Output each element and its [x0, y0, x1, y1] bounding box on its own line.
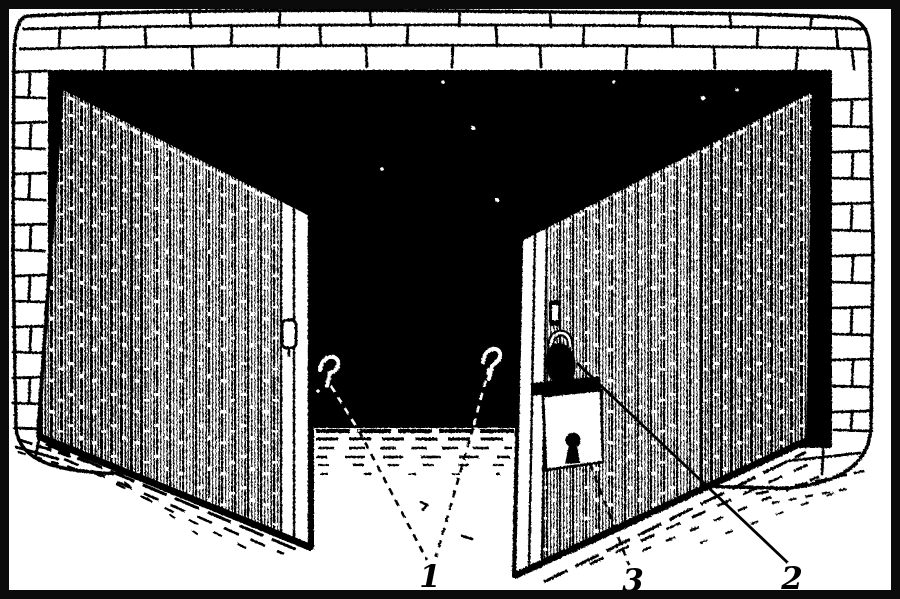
- callout-1-label: 1: [419, 559, 441, 595]
- left-door-handle-icon: [282, 320, 296, 348]
- figure-garage-gates: 1 3 2: [0, 0, 900, 599]
- left-door-edge-board: [280, 198, 312, 548]
- illustration-canvas: 1 3 2: [0, 0, 900, 599]
